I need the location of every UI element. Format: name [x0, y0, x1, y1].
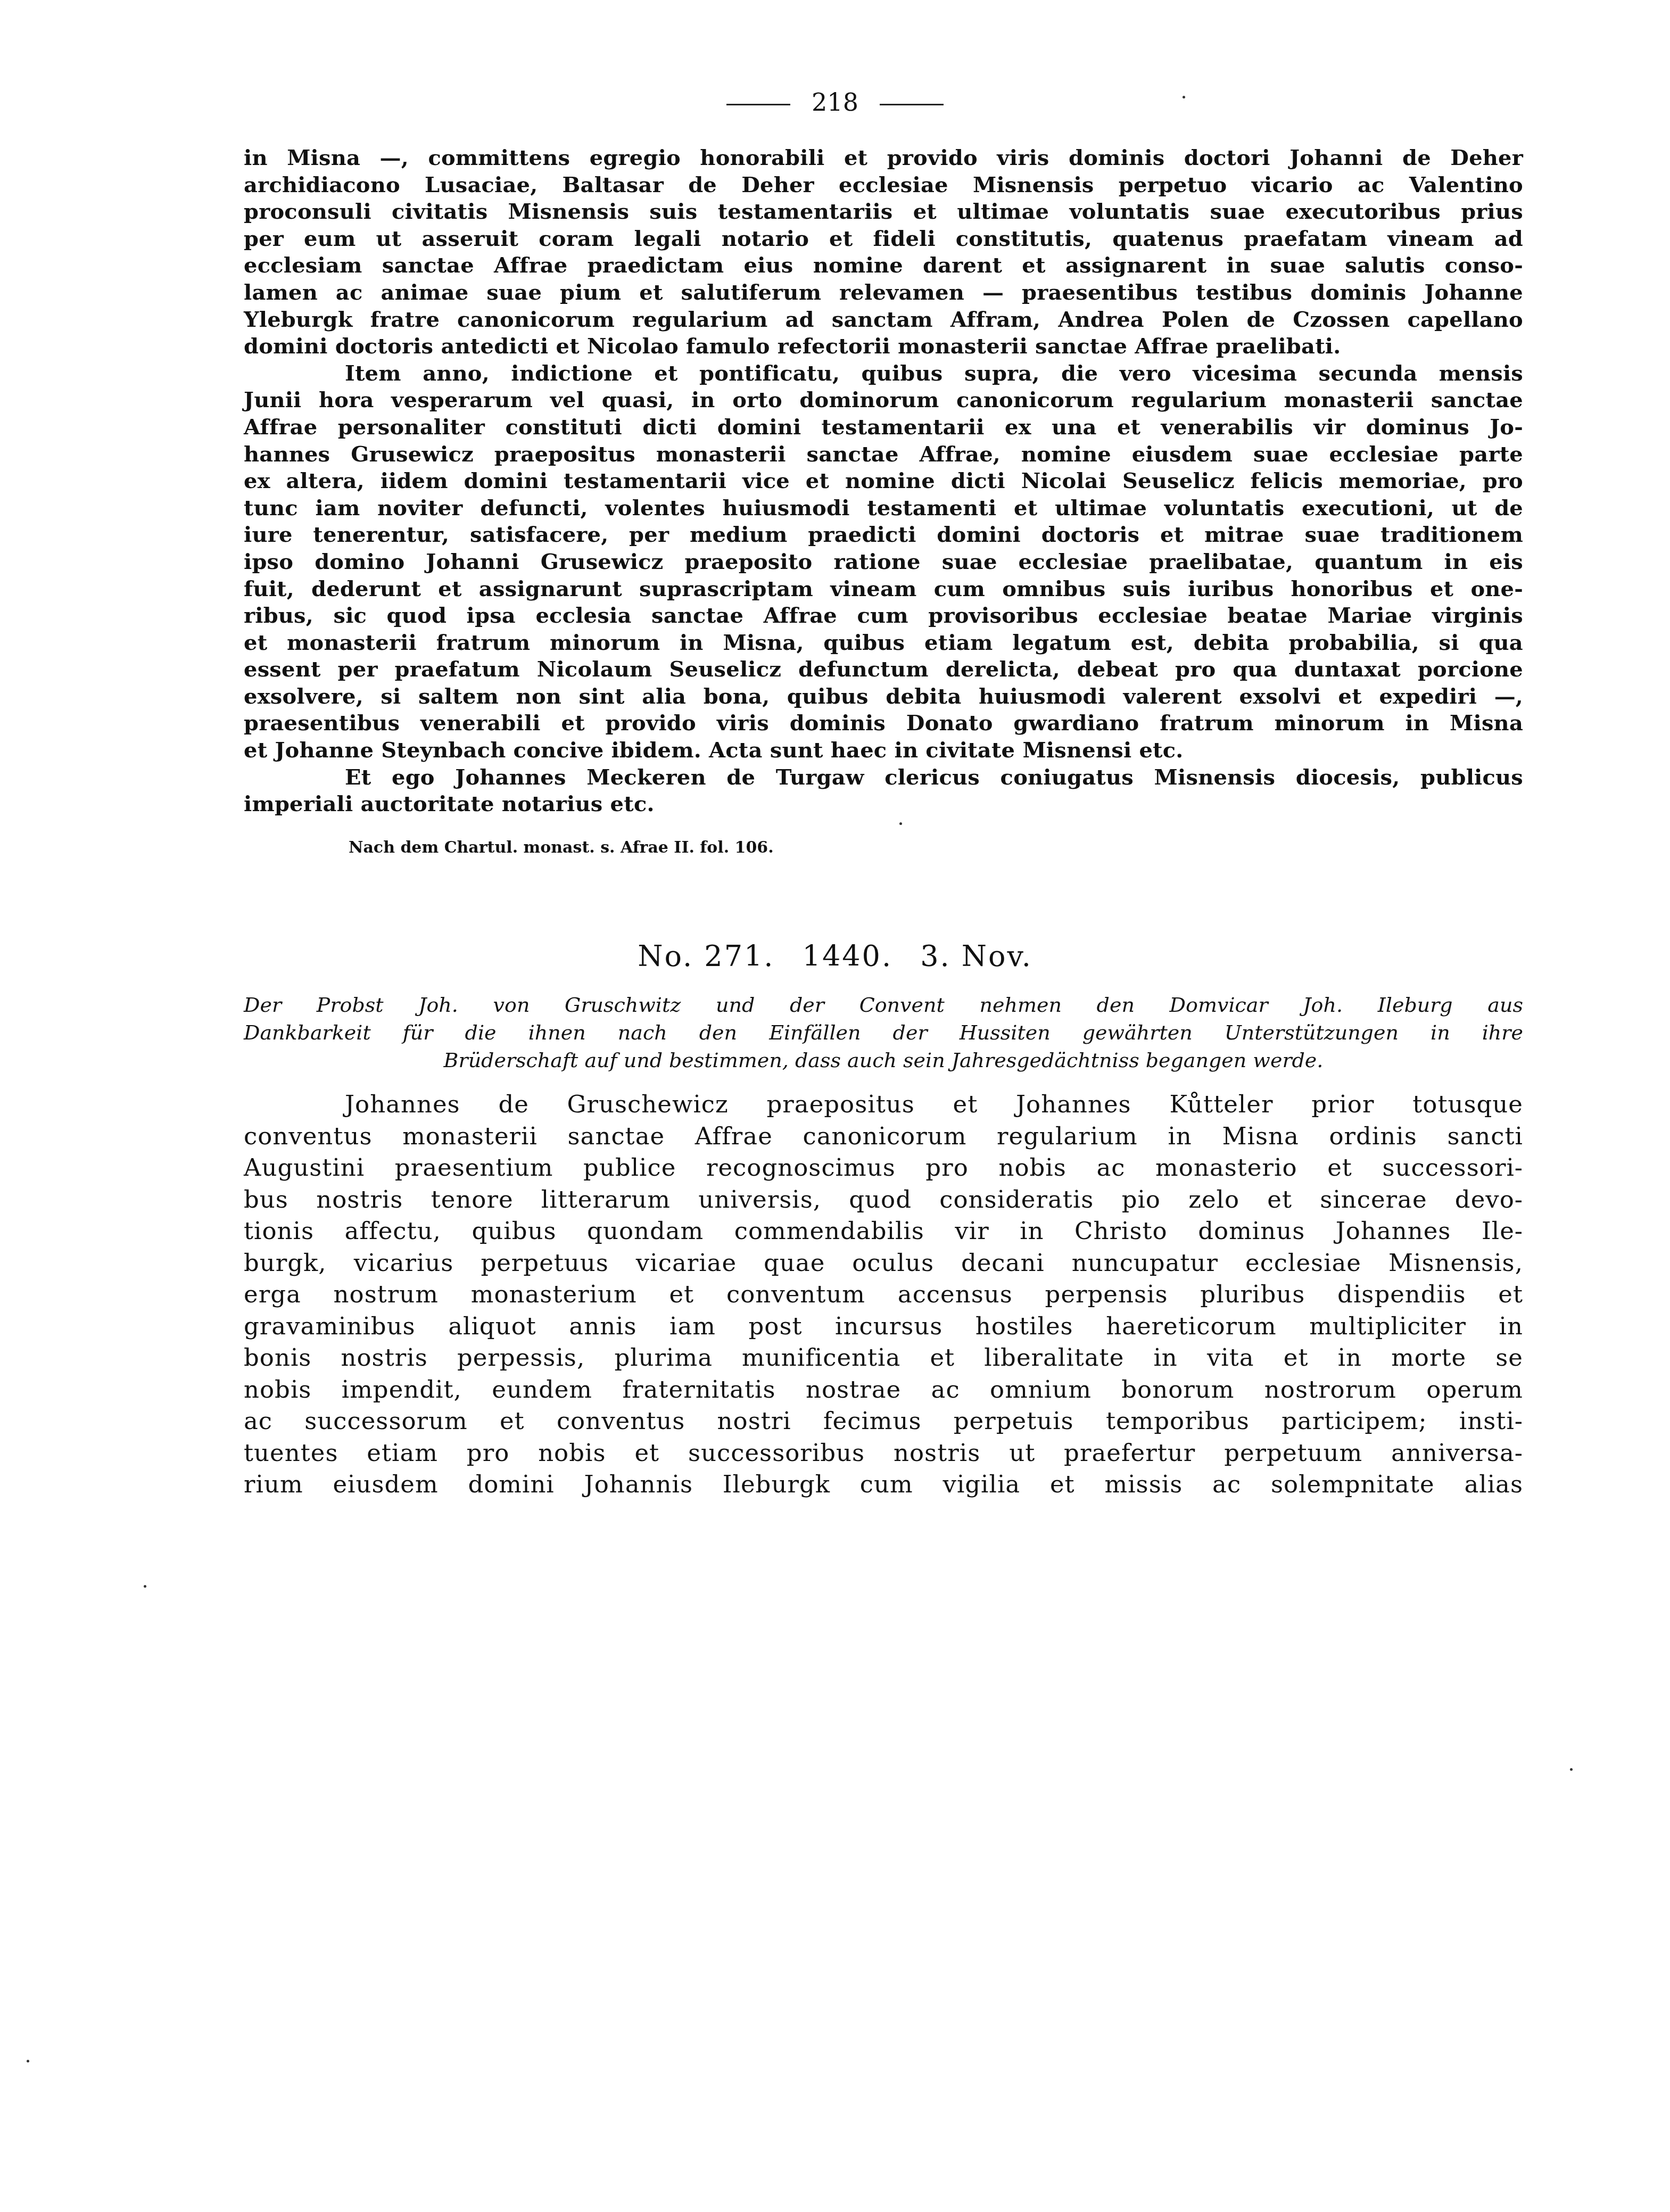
text-line: et Johanne Steynbach concive ibidem. Act… — [244, 737, 1523, 764]
charter-summary: Der Probst Joh. von Gruschwitz und der C… — [244, 991, 1523, 1074]
speck — [144, 1585, 146, 1588]
text-line: proconsuli civitatis Misnensis suis test… — [244, 199, 1523, 226]
text-line: gravaminibus aliquot annis iam post incu… — [244, 1310, 1523, 1342]
charter-271-body: Johannes de Gruschewicz praepositus et J… — [244, 1088, 1523, 1500]
charter-date: 3. Nov. — [920, 939, 1032, 973]
document-page: 218 in Misna —, committens egregio honor… — [0, 0, 1670, 2212]
text-line: tunc iam noviter defuncti, volentes huiu… — [244, 495, 1523, 522]
paragraph: in Misna —, committens egregio honorabil… — [244, 145, 1523, 360]
text-line: burgk, vicarius perpetuus vicariae quae … — [244, 1247, 1523, 1279]
text-line: bonis nostris perpessis, plurima munific… — [244, 1342, 1523, 1374]
text-line: domini doctoris antedicti et Nicolao fam… — [244, 333, 1523, 360]
text-line: Yleburgk fratre canonicorum regularium a… — [244, 307, 1523, 334]
text-line: praesentibus venerabili et provido viris… — [244, 710, 1523, 737]
text-line: nobis impendit, eundem fraternitatis nos… — [244, 1374, 1523, 1406]
dash-left — [726, 104, 790, 105]
text-line: ribus, sic quod ipsa ecclesia sanctae Af… — [244, 602, 1523, 630]
text-line: ipso domino Johanni Grusewicz praeposito… — [244, 549, 1523, 576]
summary-line: Brüderschaft auf und bestimmen, dass auc… — [244, 1046, 1523, 1074]
text-line: ecclesiam sanctae Affrae praedictam eius… — [244, 252, 1523, 279]
text-line: conventus monasterii sanctae Affrae cano… — [244, 1120, 1523, 1152]
summary-line: Der Probst Joh. von Gruschwitz und der C… — [244, 991, 1523, 1019]
charter-270-continuation: in Misna —, committens egregio honorabil… — [244, 145, 1523, 818]
charter-heading: No. 271.1440.3. Nov. — [0, 939, 1670, 973]
page-number-header: 218 — [0, 88, 1670, 117]
text-line: ex altera, iidem domini testamentarii vi… — [244, 468, 1523, 495]
text-line: imperiali auctoritate notarius etc. — [244, 791, 1523, 818]
text-line: et monasterii fratrum minorum in Misna, … — [244, 630, 1523, 657]
text-line: Item anno, indictione et pontificatu, qu… — [244, 360, 1523, 387]
text-line: Affrae personaliter constituti dicti dom… — [244, 414, 1523, 441]
text-line: in Misna —, committens egregio honorabil… — [244, 145, 1523, 172]
speck — [1570, 1768, 1573, 1771]
text-line: rium eiusdem domini Johannis Ileburgk cu… — [244, 1468, 1523, 1500]
text-line: tionis affectu, quibus quondam commendab… — [244, 1215, 1523, 1247]
text-line: Junii hora vesperarum vel quasi, in orto… — [244, 387, 1523, 414]
text-line: archidiacono Lusaciae, Baltasar de Deher… — [244, 172, 1523, 199]
text-line: erga nostrum monasterium et conventum ac… — [244, 1278, 1523, 1310]
text-line: tuentes etiam pro nobis et successoribus… — [244, 1437, 1523, 1469]
text-line: ac successorum et conventus nostri fecim… — [244, 1405, 1523, 1437]
text-line: Johannes de Gruschewicz praepositus et J… — [244, 1088, 1523, 1120]
text-line: fuit, dederunt et assignarunt suprascrip… — [244, 576, 1523, 603]
charter-number: No. 271. — [638, 939, 774, 973]
text-line: lamen ac animae suae pium et salutiferum… — [244, 279, 1523, 307]
speck — [27, 2060, 29, 2062]
text-line: essent per praefatum Nicolaum Seuselicz … — [244, 656, 1523, 683]
charter-year: 1440. — [803, 939, 893, 973]
text-line: Augustini praesentium publice recognosci… — [244, 1152, 1523, 1184]
source-note: Nach dem Chartul. monast. s. Afrae II. f… — [349, 838, 774, 857]
text-line: hannes Grusewicz praepositus monasterii … — [244, 441, 1523, 468]
speck — [899, 822, 902, 825]
paragraph: Item anno, indictione et pontificatu, qu… — [244, 360, 1523, 764]
paragraph-notary: Et ego Johannes Meckeren de Turgaw cleri… — [244, 764, 1523, 818]
text-line: exsolvere, si saltem non sint alia bona,… — [244, 683, 1523, 711]
page-number: 218 — [812, 88, 858, 117]
text-line: bus nostris tenore litterarum universis,… — [244, 1184, 1523, 1216]
dash-right — [880, 104, 944, 105]
speck — [1183, 96, 1185, 98]
text-line: iure tenerentur, satisfacere, per medium… — [244, 522, 1523, 549]
text-line: per eum ut asseruit coram legali notario… — [244, 226, 1523, 253]
text-line: Et ego Johannes Meckeren de Turgaw cleri… — [244, 764, 1523, 791]
summary-line: Dankbarkeit für die ihnen nach den Einfä… — [244, 1019, 1523, 1046]
